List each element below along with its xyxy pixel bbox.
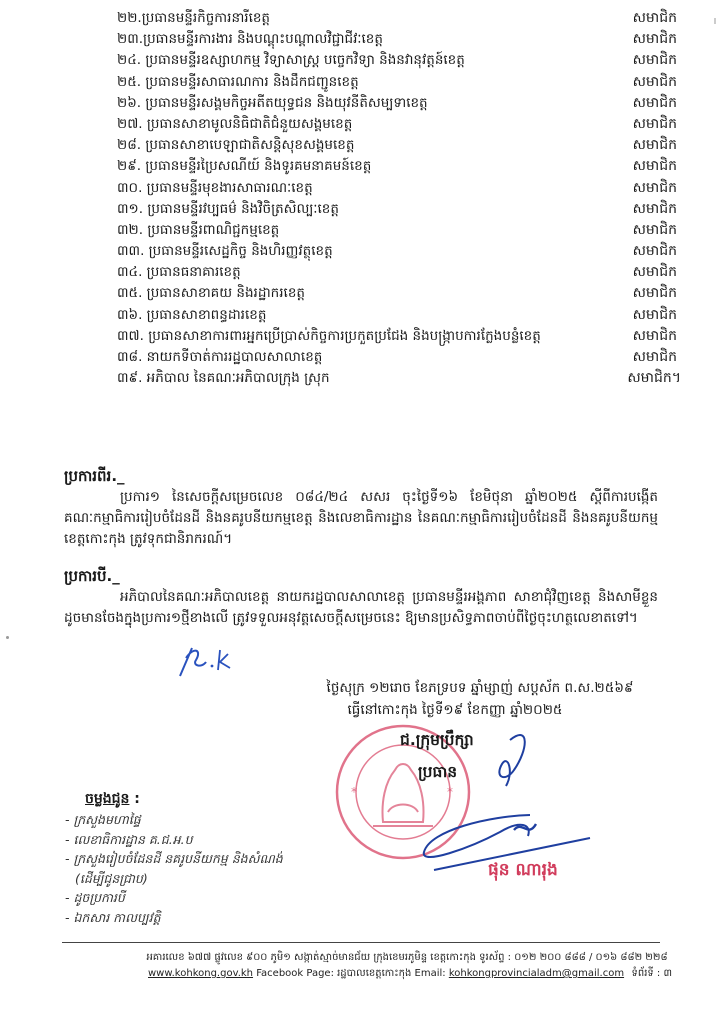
- member-row: ៣២. ប្រធានមន្ទីរពាណិជ្ជកម្មខេត្តសមាជិក: [117, 220, 677, 241]
- member-role: សមាជិក: [633, 326, 677, 347]
- footer-address: អគារលេខ ៦៧៧ ផ្លូវលេខ ៩០០ ភូមិ១ សង្កាត់ស្…: [62, 950, 682, 966]
- member-row: ៣៩. អភិបាល នៃគណៈអភិបាលក្រុង ស្រុកសមាជិក។: [117, 368, 677, 389]
- member-row: ២៨. ប្រធានសាខាបេឡាជាតិសន្តិសុខសង្គមខេត្ត…: [117, 135, 677, 156]
- lunar-date: ថ្ងៃសុក្រ ១២រោច ខែភទ្របទ ឆ្នាំម្សាញ់ សប្…: [290, 677, 670, 699]
- member-row: ២២.ប្រធានមន្ទីរកិច្ចការនារីខេត្តសមាជិក: [117, 8, 677, 29]
- copy-to-item: - ដូចប្រការបី: [65, 888, 283, 908]
- member-row: ២៣.ប្រធានមន្ទីរការងារ និងបណ្តុះបណ្តាលវិជ…: [117, 29, 677, 50]
- copy-to-item: - ក្រសួងមហាផ្ទៃ: [65, 810, 283, 830]
- member-role: សមាជិក: [633, 220, 677, 241]
- footer-contacts: www.kohkong.gov.kh Facebook Page: រដ្ឋបា…: [62, 966, 682, 982]
- website-link[interactable]: www.kohkong.gov.kh: [148, 968, 253, 979]
- member-title: ២៨. ប្រធានសាខាបេឡាជាតិសន្តិសុខសង្គមខេត្ត: [117, 135, 354, 156]
- member-title: ៣៣. ប្រធានមន្ទីរសេដ្ឋកិច្ច និងហិរញ្ញវត្ថ…: [117, 241, 333, 262]
- member-role: សមាជិក: [633, 72, 677, 93]
- member-role: សមាជិក: [633, 135, 677, 156]
- member-role: សមាជិក: [633, 93, 677, 114]
- copy-to-heading: ចម្លងជូន :: [85, 788, 283, 810]
- article-3-heading: ប្រការបី._: [64, 566, 120, 586]
- member-row: ៣១. ប្រធានមន្ទីរវប្បធម៌ និងវិចិត្រសិល្បៈ…: [117, 199, 677, 220]
- member-row: ៣៨. នាយកទីចាត់ការរដ្ឋបាលសាលាខេត្តសមាជិក: [117, 347, 677, 368]
- member-title: ២៧. ប្រធានសាខាមូលនិធិជាតិជំនួយសង្គមខេត្ត: [117, 114, 352, 135]
- member-title: ២៣.ប្រធានមន្ទីរការងារ និងបណ្តុះបណ្តាលវិជ…: [117, 29, 383, 50]
- email-link[interactable]: kohkongprovincialadm@gmail.com: [449, 968, 624, 979]
- member-role: សមាជិក: [633, 178, 677, 199]
- copy-to-item: - លេខាធិការដ្ឋាន គ.ជ.អ.ប: [65, 830, 283, 850]
- member-role: សមាជិក: [633, 29, 677, 50]
- date-block: ថ្ងៃសុក្រ ១២រោច ខែភទ្របទ ឆ្នាំម្សាញ់ សប្…: [290, 677, 670, 721]
- copy-to-item: - ក្រសួងរៀបចំដែនដី នគរូបនីយកម្ម និងសំណង់: [65, 849, 283, 869]
- member-role: សមាជិក: [633, 156, 677, 177]
- member-row: ២៩. ប្រធានមន្ទីរប្រៃសណីយ៍ និងទូរគមនាគមន៍…: [117, 156, 677, 177]
- member-row: ២៤. ប្រធានមន្ទីរឧស្សាហកម្ម វិទ្យាសាស្ត្រ…: [117, 50, 677, 71]
- member-role: សមាជិក: [633, 283, 677, 304]
- member-row: ២៦. ប្រធានមន្ទីរសង្គមកិច្ចអតីតយុទ្ធជន និ…: [117, 93, 677, 114]
- member-title: ៣៥. ប្រធានសាខាគយ និងរដ្ឋាករខេត្ត: [117, 283, 305, 304]
- scan-dot: [6, 636, 9, 639]
- member-title: ៣៧. ប្រធានសាខាការពារអ្នកប្រើប្រាស់កិច្ចក…: [117, 326, 541, 347]
- article-2-text: ប្រការ១ នៃសេចក្តីសម្រេចលេខ ០៨៤/២៤ សសរ ចុ…: [64, 489, 658, 547]
- member-row: ៣៦. ប្រធានសាខាពន្ធដារខេត្តសមាជិក: [117, 305, 677, 326]
- member-title: ២៥. ប្រធានមន្ទីរសាធារណការ និងដឹកជញ្ជូនខេ…: [117, 72, 359, 93]
- member-role: សមាជិក: [633, 305, 677, 326]
- member-role: សមាជិក: [633, 241, 677, 262]
- copy-to-list: ចម្លងជូន : - ក្រសួងមហាផ្ទៃ - លេខាធិការដ្…: [65, 788, 283, 928]
- initials-signature-icon: [172, 640, 242, 680]
- member-title: ៣៨. នាយកទីចាត់ការរដ្ឋបាលសាលាខេត្ត: [117, 347, 322, 368]
- member-role: សមាជិក: [633, 199, 677, 220]
- member-row: ២៧. ប្រធានសាខាមូលនិធិជាតិជំនួយសង្គមខេត្ត…: [117, 114, 677, 135]
- member-role: សមាជិក: [633, 262, 677, 283]
- facebook-label: Facebook Page: រដ្ឋបាលខេត្តកោះកុង Email:: [253, 968, 449, 979]
- member-row: ៣៣. ប្រធានមន្ទីរសេដ្ឋកិច្ច និងហិរញ្ញវត្ថ…: [117, 241, 677, 262]
- member-row: ២៥. ប្រធានមន្ទីរសាធារណការ និងដឹកជញ្ជូនខេ…: [117, 72, 677, 93]
- member-row: ៣០. ប្រធានមន្ទីរមុខងារសាធារណៈខេត្តសមាជិក: [117, 178, 677, 199]
- handwritten-signature-icon: [410, 720, 620, 880]
- member-title: ៣៤. ប្រធានធនាគារខេត្ត: [117, 262, 241, 283]
- article-3-body: អភិបាលនៃគណៈអភិបាលខេត្ត នាយករដ្ឋបាលសាលាខេ…: [64, 587, 658, 629]
- member-title: ៣១. ប្រធានមន្ទីរវប្បធម៌ និងវិចិត្រសិល្បៈ…: [117, 199, 339, 220]
- document-page: ២២.ប្រធានមន្ទីរកិច្ចការនារីខេត្តសមាជិក ២…: [0, 0, 724, 1024]
- member-role: សមាជិក: [633, 8, 677, 29]
- member-role: សមាជិក: [633, 50, 677, 71]
- member-title: ៣០. ប្រធានមន្ទីរមុខងារសាធារណៈខេត្ត: [117, 178, 313, 199]
- solar-date: ធ្វើនៅកោះកុង ថ្ងៃទី១៩ ខែកញ្ញា ឆ្នាំ២០២៥: [290, 699, 670, 721]
- member-row: ៣៤. ប្រធានធនាគារខេត្តសមាជិក: [117, 262, 677, 283]
- article-2-heading: ប្រការពីរ._: [64, 466, 125, 486]
- member-title: ៣៦. ប្រធានសាខាពន្ធដារខេត្ត: [117, 305, 266, 326]
- member-role: សមាជិក: [633, 114, 677, 135]
- scan-mark: [714, 18, 716, 24]
- member-title: ២២.ប្រធានមន្ទីរកិច្ចការនារីខេត្ត: [117, 8, 270, 29]
- member-row: ៣៧. ប្រធានសាខាការពារអ្នកប្រើប្រាស់កិច្ចក…: [117, 326, 677, 347]
- footer: អគារលេខ ៦៧៧ ផ្លូវលេខ ៩០០ ភូមិ១ សង្កាត់ស្…: [62, 950, 682, 982]
- member-title: ២៤. ប្រធានមន្ទីរឧស្សាហកម្ម វិទ្យាសាស្ត្រ…: [117, 50, 465, 71]
- signatory-name: ផុន ណារុង: [488, 859, 558, 884]
- copy-to-item: (ដើម្បីជូនជ្រាប): [65, 869, 283, 889]
- member-row: ៣៥. ប្រធានសាខាគយ និងរដ្ឋាករខេត្តសមាជិក: [117, 283, 677, 304]
- svg-text:*: *: [351, 785, 357, 799]
- copy-to-item: - ឯកសារ កាលប្បវត្តិ: [65, 908, 283, 928]
- member-title: ២៩. ប្រធានមន្ទីរប្រៃសណីយ៍ និងទូរគមនាគមន៍…: [117, 156, 371, 177]
- member-title: ២៦. ប្រធានមន្ទីរសង្គមកិច្ចអតីតយុទ្ធជន និ…: [117, 93, 428, 114]
- article-2-body: ប្រការ១ នៃសេចក្តីសម្រេចលេខ ០៨៤/២៤ សសរ ចុ…: [64, 487, 658, 550]
- member-title: ៣៩. អភិបាល នៃគណៈអភិបាលក្រុង ស្រុក: [117, 368, 330, 389]
- member-role: សមាជិក: [633, 347, 677, 368]
- page-number: ទំព័រទី : ៣: [632, 966, 673, 982]
- member-role: សមាជិក។: [627, 368, 681, 389]
- article-3-text: អភិបាលនៃគណៈអភិបាលខេត្ត នាយករដ្ឋបាលសាលាខេ…: [64, 589, 658, 626]
- footer-divider: [62, 942, 660, 943]
- member-title: ៣២. ប្រធានមន្ទីរពាណិជ្ជកម្មខេត្ត: [117, 220, 279, 241]
- member-list: ២២.ប្រធានមន្ទីរកិច្ចការនារីខេត្តសមាជិក ២…: [117, 8, 677, 389]
